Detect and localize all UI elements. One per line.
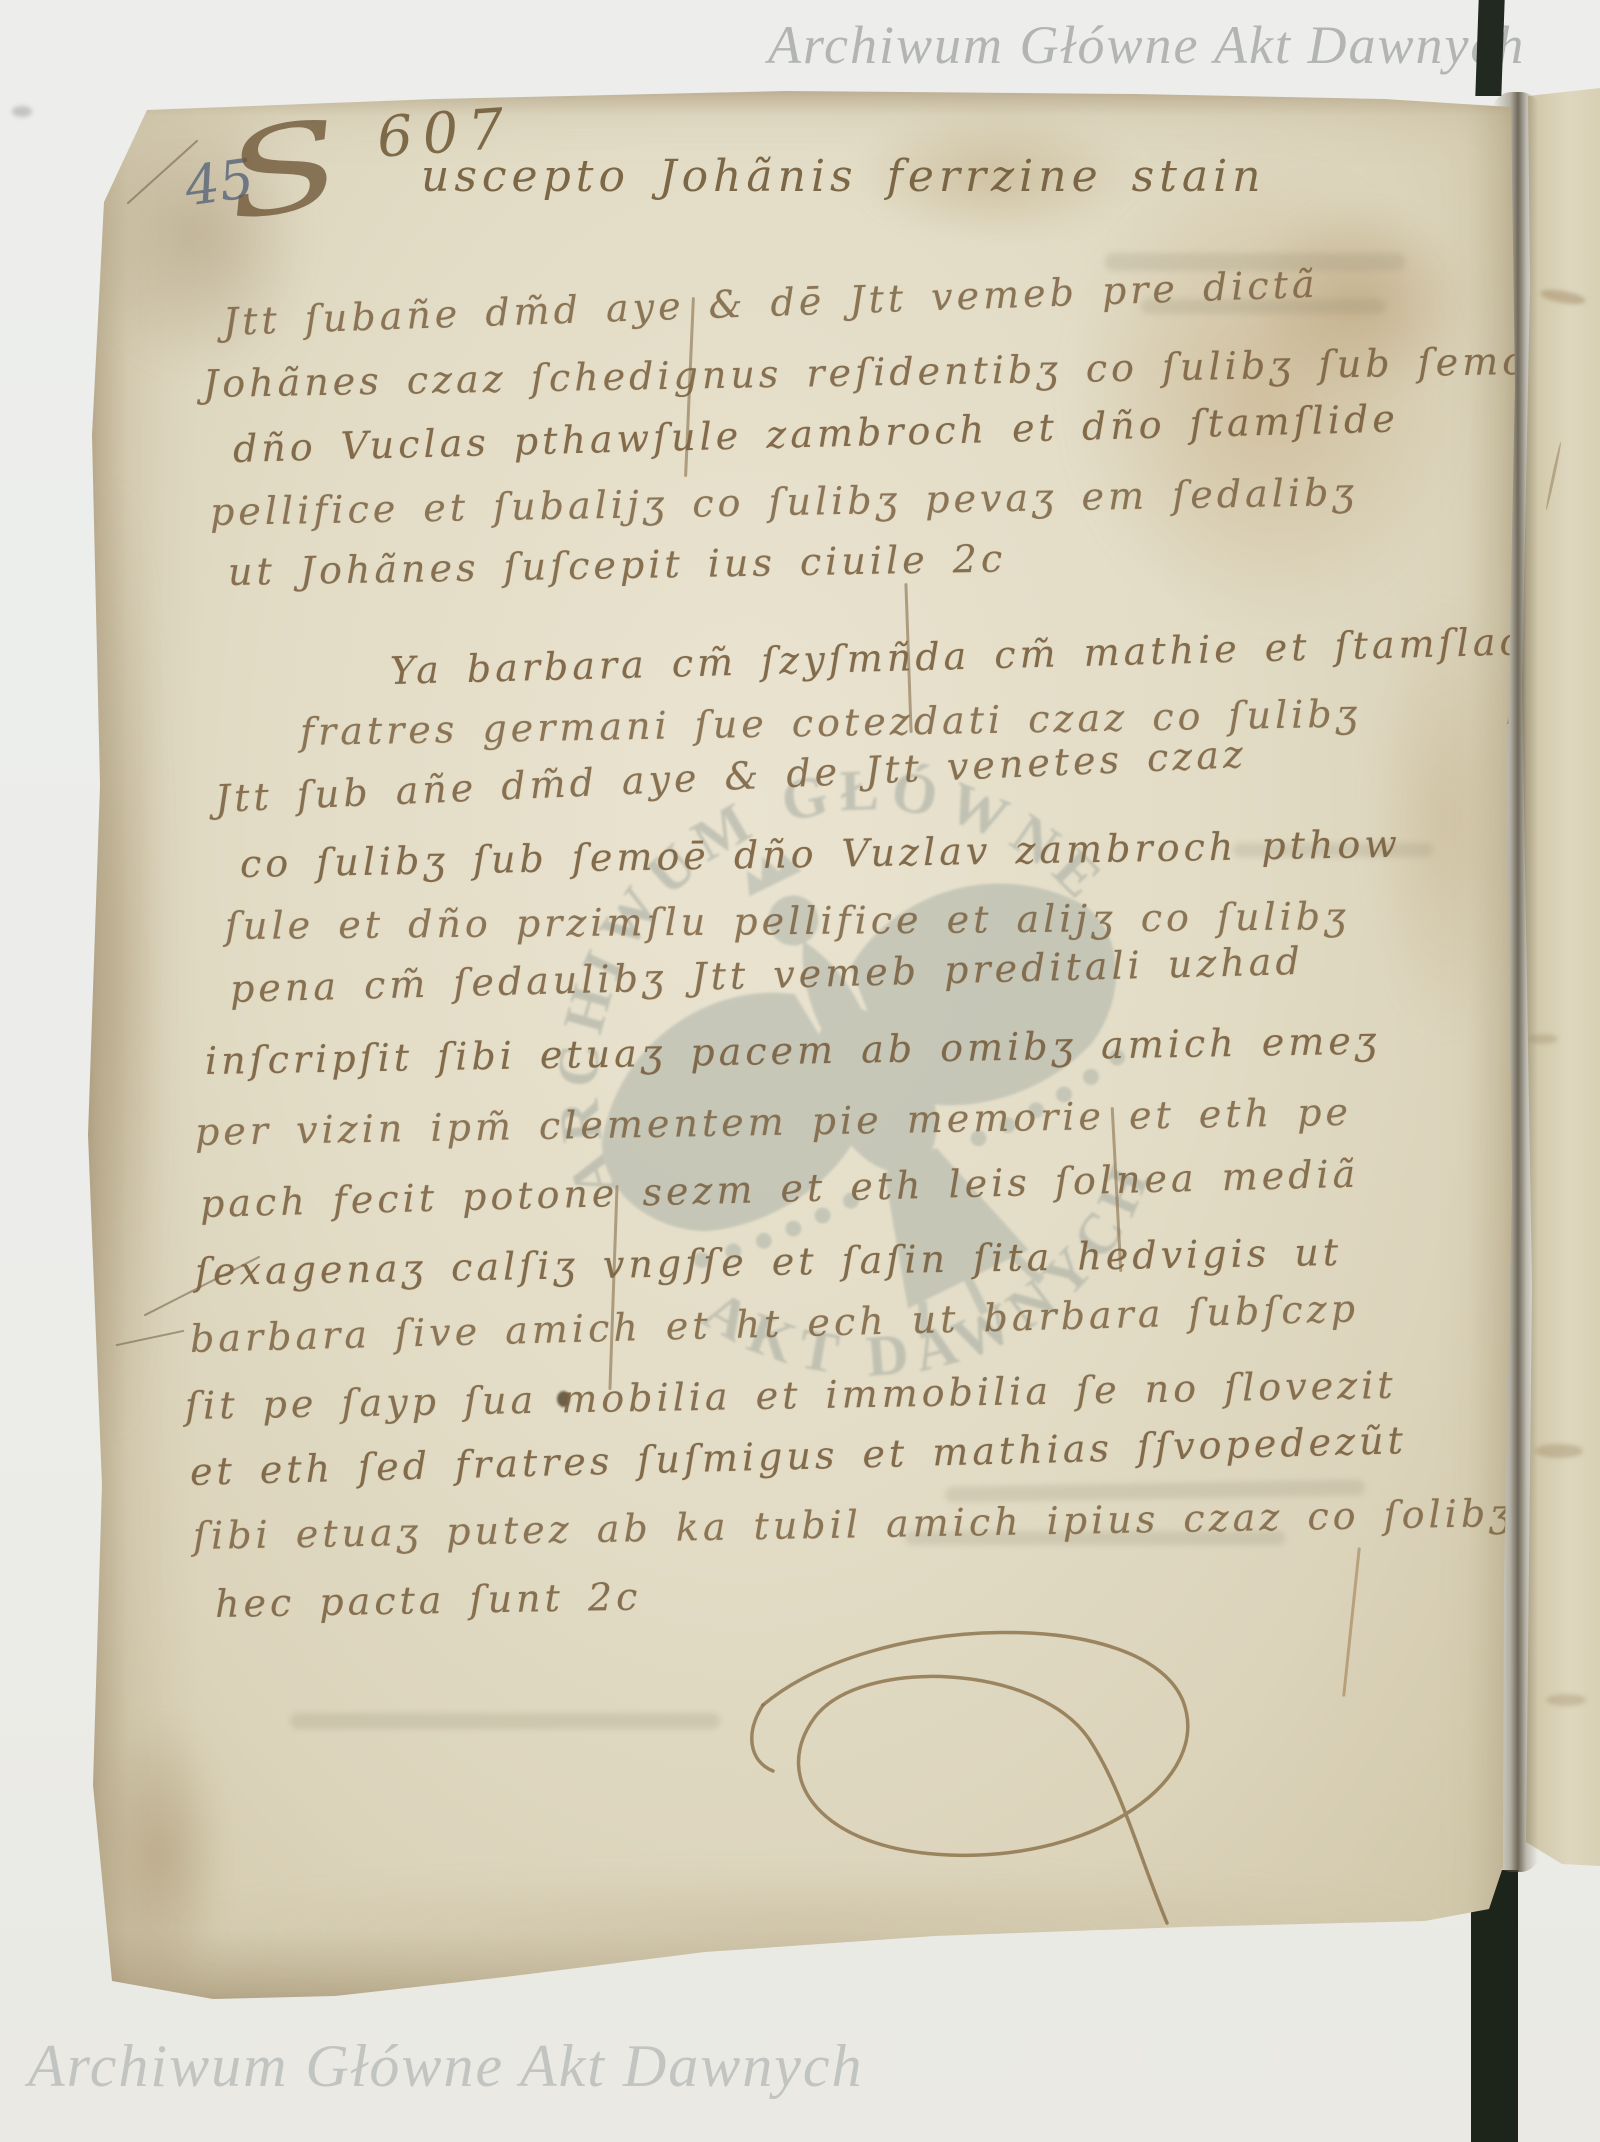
manuscript-line: hec pacta ſunt 2c [215, 1578, 642, 1623]
edge-shading [75, 485, 160, 1435]
manuscript-line: ut Johãnes ſuſcepit ius ciuile 2c [228, 539, 1007, 591]
manuscript-line: fratres germani ſue cotezdati czaz co ſu… [300, 689, 1600, 751]
water-stain [1065, 160, 1465, 630]
manuscript-line: Jtt ſubañe dm̃d aye & dē Jtt vemeb pre d… [222, 265, 1319, 341]
bleedthrough-mark [1535, 1444, 1583, 1458]
heading-text: uscepto Johãnis ferrzine stain [421, 151, 1266, 202]
signature-flourish [725, 1593, 1225, 1933]
bleedthrough-mark [1546, 1694, 1586, 1706]
paper-crack [116, 1330, 185, 1347]
manuscript-line: ſule et dño przimſlu pellifice et alijʒ … [225, 897, 1350, 945]
manuscript-line: ſibi etuaʒ putez ab ka tubil amich ipius… [193, 1494, 1515, 1555]
stain [97, 1715, 227, 1995]
manuscript-line: dño Vuclas pthawſule zambroch et dño ſta… [233, 399, 1400, 468]
manuscript-line: ſit pe ſayp ſua mobilia et immobilia ſe … [185, 1366, 1397, 1425]
heading-initial: S [215, 102, 351, 239]
manuscript-line: pellifice et ſubalijʒ co ſulibʒ pevaʒ em… [210, 473, 1358, 531]
ribbon-top [1475, 0, 1504, 96]
archive-scan-scene: Archiwum Główne Akt Dawnych Archiwum Głó… [0, 0, 1600, 2142]
background-smudge [12, 106, 32, 117]
bleedthrough-mark [1545, 441, 1562, 510]
manuscript-page: ARCHIWUM GŁÓWNE AKT DAWNYCH [85, 85, 1517, 2007]
entry-heading: S uscepto Johãnis ferrzine stain [243, 111, 324, 229]
stain [1370, 605, 1520, 1035]
pen-stroke [1342, 1547, 1360, 1696]
manuscript-line: co ſulibʒ ſub ſemoē dño Vuzlav zambroch … [240, 825, 1401, 883]
manuscript-line: Johãnes czaz ſchedignus reſidentibʒ co ſ… [203, 341, 1556, 403]
archive-watermark-bottom: Archiwum Główne Akt Dawnych [28, 2032, 864, 2101]
bleedthrough-line [290, 1713, 720, 1729]
bleedthrough-mark [1539, 287, 1586, 307]
archive-watermark-top: Archiwum Główne Akt Dawnych [768, 14, 1525, 76]
